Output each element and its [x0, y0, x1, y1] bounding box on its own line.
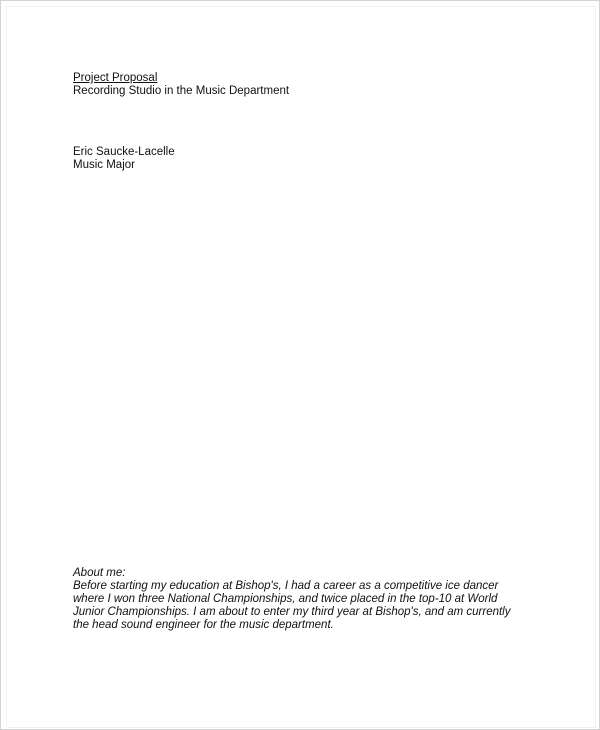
about-line: the head sound engineer for the music de… — [73, 619, 511, 632]
about-line: where I won three National Championships… — [73, 593, 511, 606]
author-role: Music Major — [73, 159, 175, 172]
about-line: Junior Championships. I am about to ente… — [73, 606, 511, 619]
proposal-header: Project Proposal Recording Studio in the… — [73, 72, 289, 98]
about-line: Before starting my education at Bishop's… — [73, 580, 511, 593]
document-page: Project Proposal Recording Studio in the… — [0, 0, 600, 730]
proposal-label: Project Proposal — [73, 72, 289, 85]
author-info: Eric Saucke-Lacelle Music Major — [73, 146, 175, 172]
proposal-subtitle: Recording Studio in the Music Department — [73, 85, 289, 98]
author-name: Eric Saucke-Lacelle — [73, 146, 175, 159]
about-section: About me: Before starting my education a… — [73, 567, 511, 632]
about-heading: About me: — [73, 567, 511, 580]
